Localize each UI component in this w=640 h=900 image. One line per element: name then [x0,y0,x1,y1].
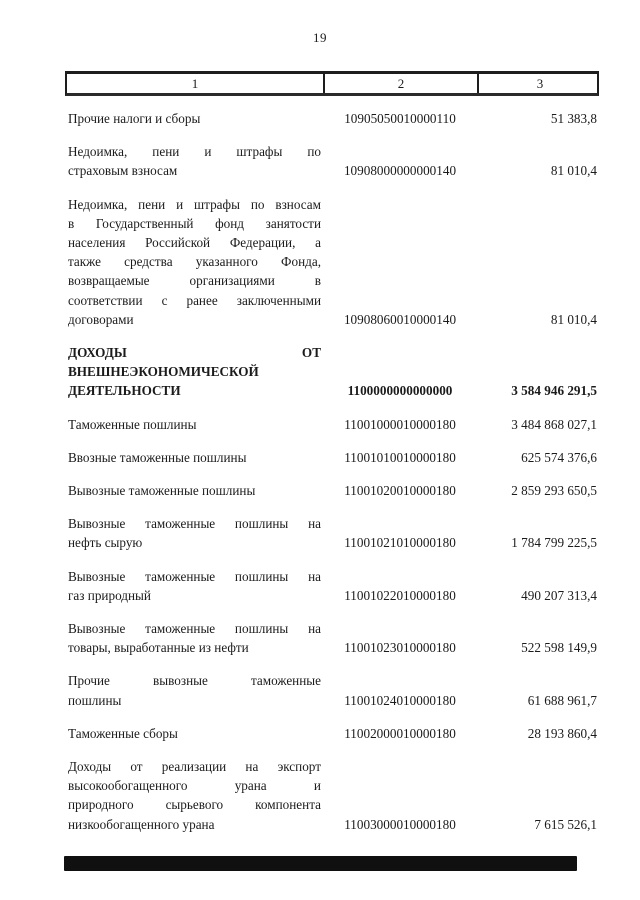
row-item-name: Недоимка, пени и штрафы по взносамв Госу… [65,195,323,329]
row-amount: 522 598 149,9 [477,638,599,657]
row-budget-code: 11001010010000180 [323,448,477,467]
table-header-row: 1 2 3 [65,71,599,96]
row-item-name-line: договорами [68,310,321,329]
row-item-name-line: товары, выработанные из нефти [68,638,321,657]
table-row: Ввозные таможенные пошлины11001010010000… [65,448,599,467]
row-item-name-line: ДОХОДЫ ОТ [68,343,321,362]
table-row: Недоимка, пени и штрафы постраховым взно… [65,142,599,180]
page-bottom-bar [64,856,577,871]
table-row: Таможенные сборы1100200001000018028 193 … [65,724,599,743]
row-item-name-line: Вывозные таможенные пошлины на [68,514,321,533]
table-header-col-1: 1 [67,74,325,93]
row-amount: 28 193 860,4 [477,724,599,743]
row-item-name-line: соответствии с ранее заключенными [68,291,321,310]
row-amount: 61 688 961,7 [477,691,599,710]
row-item-name-line: Прочие налоги и сборы [68,109,321,128]
row-item-name: Недоимка, пени и штрафы постраховым взно… [65,142,323,180]
row-amount: 81 010,4 [477,310,599,329]
table-header-col-3: 3 [479,74,601,93]
row-budget-code: 11002000010000180 [323,724,477,743]
row-amount: 490 207 313,4 [477,586,599,605]
row-item-name: Вывозные таможенные пошлины натовары, вы… [65,619,323,657]
row-budget-code: 11001023010000180 [323,638,477,657]
table-row: Вывозные таможенные пошлины нанефть сыру… [65,514,599,552]
row-budget-code: 10905050010000110 [323,109,477,128]
table-row: ДОХОДЫ ОТВНЕШНЕЭКОНОМИЧЕСКОЙДЕЯТЕЛЬНОСТИ… [65,343,599,401]
row-amount: 2 859 293 650,5 [477,481,599,500]
row-amount: 51 383,8 [477,109,599,128]
row-item-name-line: Недоимка, пени и штрафы по взносам [68,195,321,214]
row-item-name-line: низкообогащенного урана [68,815,321,834]
table-row: Вывозные таможенные пошлины нагаз природ… [65,567,599,605]
document-page: { "page_number": "19", "colors": { "text… [0,0,640,900]
row-item-name-line: ДЕЯТЕЛЬНОСТИ [68,381,321,400]
row-item-name: Таможенные пошлины [65,415,323,434]
row-item-name-line: Таможенные сборы [68,724,321,743]
row-budget-code: 11001024010000180 [323,691,477,710]
row-item-name-line: страховым взносам [68,161,321,180]
table-row: Вывозные таможенные пошлины1100102001000… [65,481,599,500]
page-number: 19 [0,0,640,47]
row-amount: 3 484 868 027,1 [477,415,599,434]
row-item-name-line: также средства указанного Фонда, [68,252,321,271]
row-item-name-line: Вывозные таможенные пошлины на [68,619,321,638]
row-item-name-line: Доходы от реализации на экспорт [68,757,321,776]
row-item-name: Доходы от реализации на экспортвысокообо… [65,757,323,834]
row-amount: 7 615 526,1 [477,815,599,834]
row-item-name: Прочие налоги и сборы [65,109,323,128]
row-item-name-line: Недоимка, пени и штрафы по [68,142,321,161]
row-item-name-line: Вывозные таможенные пошлины [68,481,321,500]
row-budget-code: 11001000010000180 [323,415,477,434]
row-amount: 625 574 376,6 [477,448,599,467]
table-rows: Прочие налоги и сборы1090505001000011051… [65,109,599,834]
row-budget-code: 11003000010000180 [323,815,477,834]
row-budget-code: 11001020010000180 [323,481,477,500]
row-item-name: Вывозные таможенные пошлины нанефть сыру… [65,514,323,552]
table-row: Вывозные таможенные пошлины натовары, вы… [65,619,599,657]
row-item-name-line: газ природный [68,586,321,605]
row-item-name: Прочие вывозные таможенныепошлины [65,671,323,709]
table-header-col-2: 2 [325,74,479,93]
table-row: Недоимка, пени и штрафы по взносамв Госу… [65,195,599,329]
row-item-name-line: населения Российской Федерации, а [68,233,321,252]
row-item-name-line: ВНЕШНЕЭКОНОМИЧЕСКОЙ [68,362,321,381]
table-row: Прочие налоги и сборы1090505001000011051… [65,109,599,128]
row-item-name-line: в Государственный фонд занятости [68,214,321,233]
table-row: Прочие вывозные таможенныепошлины1100102… [65,671,599,709]
row-amount: 81 010,4 [477,161,599,180]
row-budget-code: 11001022010000180 [323,586,477,605]
row-item-name-line: нефть сырую [68,533,321,552]
row-item-name-line: высокообогащенного урана и [68,776,321,795]
row-item-name-line: Прочие вывозные таможенные [68,671,321,690]
row-item-name: Ввозные таможенные пошлины [65,448,323,467]
row-budget-code: 11001021010000180 [323,533,477,552]
row-item-name: Таможенные сборы [65,724,323,743]
row-budget-code: 10908000000000140 [323,161,477,180]
row-budget-code: 1100000000000000 [323,381,477,400]
table-row: Доходы от реализации на экспортвысокообо… [65,757,599,834]
row-amount: 3 584 946 291,5 [477,381,599,400]
table-row: Таможенные пошлины110010000100001803 484… [65,415,599,434]
row-item-name-line: возвращаемые организациями в [68,271,321,290]
row-budget-code: 10908060010000140 [323,310,477,329]
row-item-name-line: Вывозные таможенные пошлины на [68,567,321,586]
row-item-name: Вывозные таможенные пошлины нагаз природ… [65,567,323,605]
row-item-name-line: пошлины [68,691,321,710]
row-item-name: Вывозные таможенные пошлины [65,481,323,500]
revenue-table: 1 2 3 Прочие налоги и сборы1090505001000… [65,71,599,834]
row-item-name: ДОХОДЫ ОТВНЕШНЕЭКОНОМИЧЕСКОЙДЕЯТЕЛЬНОСТИ [65,343,323,401]
row-item-name-line: природного сырьевого компонента [68,795,321,814]
row-item-name-line: Таможенные пошлины [68,415,321,434]
row-item-name-line: Ввозные таможенные пошлины [68,448,321,467]
row-amount: 1 784 799 225,5 [477,533,599,552]
